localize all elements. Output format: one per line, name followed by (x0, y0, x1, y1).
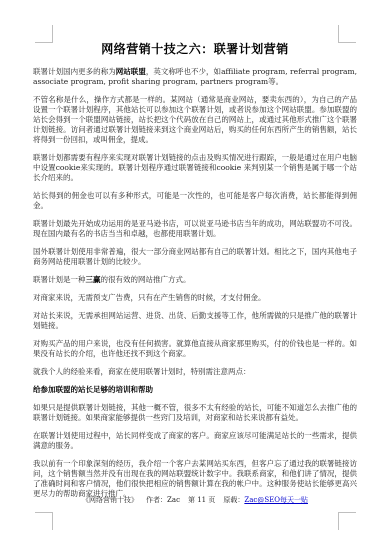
paragraph-11: 就我个人的经验来看，商家在使用联署计划时，特别需注意两点： (33, 367, 357, 377)
footer-source-link[interactable]: Zac@SEO每天一贴 (244, 496, 308, 504)
section-heading-training: 给参加联盟的站长足够的培训和帮助 (33, 385, 357, 395)
paragraph-7-text: 联署计划是一种 (33, 275, 86, 284)
footer-page-number: 第 11 页 (188, 496, 215, 504)
paragraph-1-text: 联署计划国内更多的称为 (33, 67, 116, 76)
footer-author: 作者：Zac (146, 496, 180, 504)
margin-crop-mark-bottom-left (35, 512, 53, 530)
margin-crop-mark-bottom-right (338, 512, 356, 530)
paragraph-6: 国外联署计划使用非常普遍，很大一部分商业网站都有自己的联署计划。相比之下，国内其… (33, 247, 357, 267)
page-footer: 《网络营销十技》作者：Zac第 11 页原载：Zac@SEO每天一贴 (0, 495, 390, 505)
document-title: 网络营销十技之六：联署计划营销 (33, 40, 357, 57)
paragraph-13: 在联署计划使用过程中，站长同样变成了商家的客户。商家应该尽可能满足站长的一些需求… (33, 431, 357, 451)
paragraph-10: 对购买产品的用户来说，也没有任何损害。就算他直接从商家那里购买，付的价钱也是一样… (33, 339, 357, 359)
paragraph-9: 对站长来说，无需承担网站运营、进货、出货、后勤支援等工作，他所需做的只是推广他的… (33, 311, 357, 331)
paragraph-12: 如果只是提供联署计划链接，其他一概不管，很多不太有经验的站长，可能不知道怎么去推… (33, 403, 357, 423)
document-body: 网络营销十技之六：联署计划营销 联署计划国内更多的称为网站联盟，英文称呼也不少，… (33, 40, 357, 507)
paragraph-1: 联署计划国内更多的称为网站联盟，英文称呼也不少，如affiliate progr… (33, 67, 357, 87)
paragraph-14: 我以前有一个印象深刻的经历，我介绍一个客户去某网站买东西，但客户忘了通过我的联署… (33, 459, 357, 499)
paragraph-4: 站长得到的佣金也可以有多种形式，可能是一次性的，也可能是客户每次消费，站长都能得… (33, 191, 357, 211)
paragraph-7-bold-term: 三赢 (86, 275, 101, 284)
paragraph-8: 对商家来说，无需预支广告费，只有在产生销售的时候，才支付佣金。 (33, 293, 357, 303)
paragraph-7-text-cont: 的很有效的网站推广方式。 (101, 275, 191, 284)
paragraph-1-bold-term: 网站联盟 (116, 67, 146, 76)
paragraph-3: 联署计划都需要有程序来实现对联署计划链接的点击及购买情况进行跟踪，一般是通过在用… (33, 153, 357, 183)
paragraph-5: 联署计划最先开始成功运用的是亚马逊书店，可以说亚马逊书店当年的成功，网站联盟功不… (33, 219, 357, 239)
paragraph-2: 不管名称是什么，操作方式都是一样的。某网站（通常是商业网站，要卖东西的），为自己… (33, 95, 357, 145)
footer-source-prefix: 原载： (223, 496, 244, 504)
document-page: 网络营销十技之六：联署计划营销 联署计划国内更多的称为网站联盟，英文称呼也不少，… (0, 0, 390, 546)
paragraph-7: 联署计划是一种三赢的很有效的网站推广方式。 (33, 275, 357, 285)
footer-book-title: 《网络营销十技》 (82, 496, 138, 504)
